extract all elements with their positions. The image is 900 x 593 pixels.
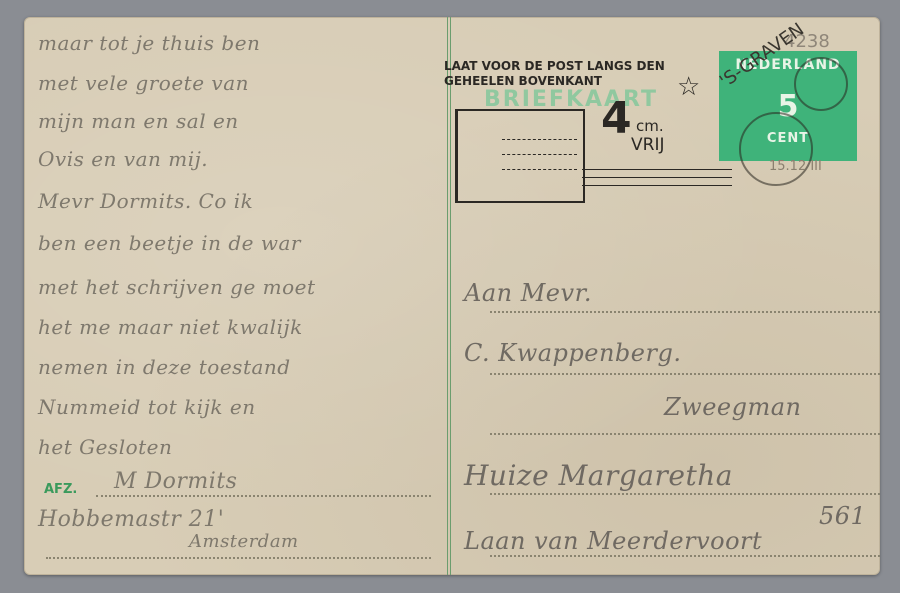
sender-street: Hobbemastr 21': [38, 507, 224, 532]
cancel-wave-line: [502, 169, 577, 170]
address-dotted-line: [490, 555, 880, 557]
cancel-wave-line: [502, 139, 577, 140]
cancel-slogan-line: GEHEELEN BOVENKANT: [444, 74, 665, 89]
message-line: met vele groete van: [38, 71, 249, 95]
cancel-bar: [582, 177, 732, 178]
postcard: 4238 maar tot je thuis ben met vele groe…: [24, 17, 880, 575]
address-dotted-line: [490, 373, 880, 375]
address-dotted-line: [490, 433, 880, 435]
postmark-ring: [794, 57, 848, 111]
cancel-wave-line: [502, 154, 577, 155]
address-house-number: 561: [819, 502, 866, 530]
sender-label: AFZ.: [44, 482, 77, 497]
message-line: het me maar niet kwalijk: [38, 315, 303, 339]
cancel-bar: [582, 185, 732, 186]
address-dotted-line: [490, 493, 880, 495]
address-line: Aan Mevr.: [464, 279, 592, 307]
address-dotted-line: [490, 311, 880, 313]
message-line: Nummeid tot kijk en: [38, 395, 256, 419]
sender-city: Amsterdam: [189, 531, 299, 552]
star-icon: ☆: [677, 72, 700, 102]
message-line: het Gesloten: [38, 435, 172, 459]
cancel-slogan-line: LAAT VOOR DE POST LANGS DEN: [444, 59, 665, 74]
cancel-bar: [582, 169, 732, 170]
message-line: mijn man en sal en: [38, 109, 239, 133]
cancel-unit: cm.: [636, 117, 664, 135]
address-line: Zweegman: [664, 393, 802, 421]
message-line: nemen in deze toestand: [38, 355, 291, 379]
message-line: Ovis en van mij.: [38, 147, 208, 171]
address-line: Huize Margaretha: [464, 459, 733, 492]
cancel-number: 4: [601, 93, 632, 144]
postmark-ring: [739, 112, 813, 186]
message-line: ben een beetje in de war: [38, 231, 301, 255]
center-divider-line: [447, 17, 451, 575]
address-line: C. Kwappenberg.: [464, 339, 681, 367]
sender-name: M Dormits: [114, 469, 237, 494]
postmark-date: 15.12 III: [769, 159, 822, 174]
cancel-slogan: LAAT VOOR DE POST LANGS DEN GEHEELEN BOV…: [444, 59, 665, 89]
cancel-word: VRIJ: [631, 135, 664, 155]
message-line: Mevr Dormits. Co ik: [38, 189, 253, 213]
cancel-envelope-graphic: [455, 109, 585, 203]
message-line: met het schrijven ge moet: [38, 275, 316, 299]
sender-dotted-line: [46, 557, 431, 559]
message-line: maar tot je thuis ben: [38, 31, 260, 55]
sender-dotted-line: [96, 495, 431, 497]
address-line: Laan van Meerdervoort: [464, 527, 762, 555]
